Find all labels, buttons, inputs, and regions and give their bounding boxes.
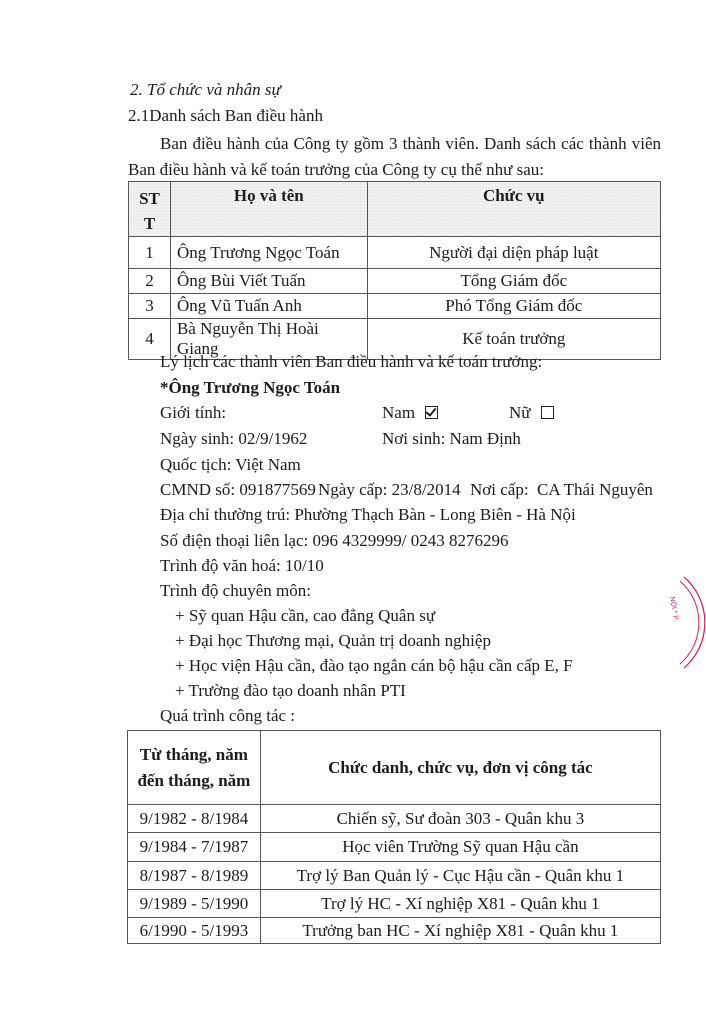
gender-label: Giới tính: bbox=[160, 403, 226, 423]
qualification-item: + Sỹ quan Hậu cần, cao đẳng Quân sự bbox=[175, 606, 435, 626]
row-role: Chiến sỹ, Sư đoàn 303 - Quân khu 3 bbox=[260, 805, 660, 833]
gender-male-option: Nam bbox=[382, 403, 438, 423]
education-level: Trình độ văn hoá: 10/10 bbox=[160, 556, 324, 576]
table-row: 3 Ông Vũ Tuấn Anh Phó Tổng Giám đốc bbox=[129, 294, 661, 319]
row-name: Ông Bùi Viết Tuấn bbox=[170, 269, 367, 294]
header-position: Chức vụ bbox=[367, 182, 660, 237]
row-role: Trợ lý HC - Xí nghiệp X81 - Quân khu 1 bbox=[260, 890, 660, 918]
date-of-birth: Ngày sinh: 02/9/1962 bbox=[160, 429, 307, 449]
row-stt: 1 bbox=[129, 237, 171, 269]
board-table: ST T Họ và tên Chức vụ 1 Ông Trương Ngọc… bbox=[128, 181, 661, 360]
row-role: Trợ lý Ban Quản lý - Cục Hậu cần - Quân … bbox=[260, 862, 660, 890]
header-period: Từ tháng, năm đến tháng, năm bbox=[128, 731, 261, 805]
row-name: Ông Trương Ngọc Toán bbox=[170, 237, 367, 269]
row-role: Trưởng ban HC - Xí nghiệp X81 - Quân khu… bbox=[260, 918, 660, 944]
career-label: Quá trình công tác : bbox=[160, 706, 295, 726]
row-role: Học viên Trường Sỹ quan Hậu cần bbox=[260, 833, 660, 862]
person-name: *Ông Trương Ngọc Toán bbox=[160, 378, 340, 398]
row-name: Ông Vũ Tuấn Anh bbox=[170, 294, 367, 319]
gender-female-label: Nữ bbox=[509, 403, 531, 422]
row-period: 9/1989 - 5/1990 bbox=[128, 890, 261, 918]
biography-intro: Lý lịch các thành viên Ban điều hành và … bbox=[160, 352, 542, 372]
header-name: Họ và tên bbox=[170, 182, 367, 237]
intro-paragraph-line2: Ban điều hành và kế toán trưởng của Công… bbox=[128, 160, 544, 180]
id-number: CMND số: 091877569 bbox=[160, 480, 316, 500]
header-stt-line1: ST bbox=[139, 189, 160, 208]
header-stt: ST T bbox=[129, 182, 171, 237]
row-period: 8/1987 - 8/1989 bbox=[128, 862, 261, 890]
row-period: 6/1990 - 5/1993 bbox=[128, 918, 261, 944]
qualifications-label: Trình độ chuyên môn: bbox=[160, 581, 311, 601]
table-row: 9/1984 - 7/1987 Học viên Trường Sỹ quan … bbox=[128, 833, 661, 862]
board-table-header: ST T Họ và tên Chức vụ bbox=[129, 182, 661, 237]
table-row: 9/1982 - 8/1984 Chiến sỹ, Sư đoàn 303 - … bbox=[128, 805, 661, 833]
qualification-item: + Học viện Hậu cần, đào tạo ngắn cán bộ … bbox=[175, 656, 573, 676]
qualification-item: + Đại học Thương mại, Quản trị doanh ngh… bbox=[175, 631, 491, 651]
table-row: 8/1987 - 8/1989 Trợ lý Ban Quản lý - Cục… bbox=[128, 862, 661, 890]
intro-paragraph-line1: Ban điều hành của Công ty gồm 3 thành vi… bbox=[160, 134, 661, 154]
qualification-item: + Trường đào tạo doanh nhân PTI bbox=[175, 681, 406, 701]
phone: Số điện thoại liên lạc: 096 4329999/ 024… bbox=[160, 531, 508, 551]
stamp-text: NỘI * P. bbox=[668, 596, 681, 622]
subsection-heading: 2.1Danh sách Ban điều hành bbox=[128, 106, 323, 126]
table-row: 9/1989 - 5/1990 Trợ lý HC - Xí nghiệp X8… bbox=[128, 890, 661, 918]
career-table-header: Từ tháng, năm đến tháng, năm Chức danh, … bbox=[128, 731, 661, 805]
company-stamp-icon: NỘI * P. bbox=[660, 575, 706, 670]
header-period-line1: Từ tháng, năm bbox=[140, 745, 248, 764]
row-stt: 3 bbox=[129, 294, 171, 319]
id-issue-date: Ngày cấp: 23/8/2014 bbox=[318, 480, 461, 500]
gender-male-label: Nam bbox=[382, 403, 415, 422]
row-position: Tổng Giám đốc bbox=[367, 269, 660, 294]
id-issue-place: Nơi cấp: CA Thái Nguyên bbox=[470, 480, 653, 500]
birthplace: Nơi sinh: Nam Định bbox=[382, 429, 521, 449]
address: Địa chỉ thường trú: Phường Thạch Bàn - L… bbox=[160, 505, 576, 525]
row-position: Phó Tổng Giám đốc bbox=[367, 294, 660, 319]
gender-female-option: Nữ bbox=[509, 403, 554, 423]
row-period: 9/1984 - 7/1987 bbox=[128, 833, 261, 862]
header-role: Chức danh, chức vụ, đơn vị công tác bbox=[260, 731, 660, 805]
table-row: 6/1990 - 5/1993 Trưởng ban HC - Xí nghiệ… bbox=[128, 918, 661, 944]
table-row: 2 Ông Bùi Viết Tuấn Tổng Giám đốc bbox=[129, 269, 661, 294]
career-table: Từ tháng, năm đến tháng, năm Chức danh, … bbox=[127, 730, 661, 944]
header-period-line2: đến tháng, năm bbox=[137, 771, 250, 790]
header-stt-line2: T bbox=[144, 214, 155, 233]
checkbox-checked-icon bbox=[425, 406, 438, 419]
row-position: Người đại diện pháp luật bbox=[367, 237, 660, 269]
nationality: Quốc tịch: Việt Nam bbox=[160, 455, 301, 475]
section-heading: 2. Tổ chức và nhân sự bbox=[130, 80, 281, 100]
table-row: 1 Ông Trương Ngọc Toán Người đại diện ph… bbox=[129, 237, 661, 269]
row-stt: 2 bbox=[129, 269, 171, 294]
checkbox-empty-icon bbox=[541, 406, 554, 419]
row-period: 9/1982 - 8/1984 bbox=[128, 805, 261, 833]
